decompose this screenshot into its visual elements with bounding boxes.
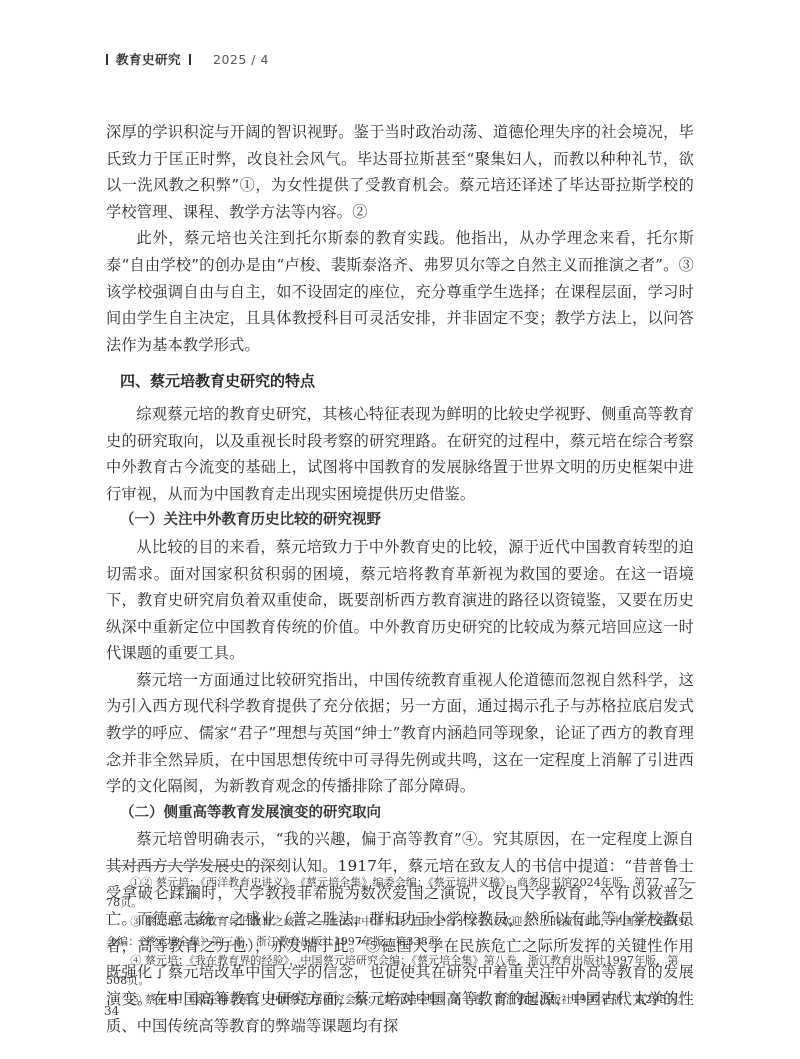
paragraph-comparison-method: 蔡元培一方面通过比较研究指出，中国传统教育重视人伦道德而忽视自然科学，这为引入西… <box>106 667 694 800</box>
paragraph-comparison-purpose: 从比较的目的来看，蔡元培致力于中外教育史的比较，源于近代中国教育转型的迫切需求。… <box>106 534 694 667</box>
subsection-heading-2: （二）侧重高等教育发展演变的研究取向 <box>106 800 694 827</box>
subsection-heading-1: （一）关注中外教育历史比较的研究视野 <box>106 507 694 534</box>
footnote-1-2: ①② 蔡元培：《西洋教育史讲义》，《蔡元培全集》编委会编：《蔡元培讲义稿》，商务… <box>106 873 696 912</box>
footnote-divider <box>106 865 281 866</box>
paragraph-continued: 深厚的学识积淀与开阔的智识视野。鉴于当时政治动荡、道德伦理失序的社会境况，毕氏致… <box>106 119 694 225</box>
footnotes: ①② 蔡元培：《西洋教育史讲义》，《蔡元培全集》编委会编：《蔡元培讲义稿》，商务… <box>106 873 696 1010</box>
footnote-4: ④ 蔡元培：《我在教育界的经验》，中国蔡元培研究会编：《蔡元培全集》第八卷，浙江… <box>106 951 696 990</box>
footnote-3: ③ 蔡元培：《新教育与旧教育之歧点——在天津中华书局“直隶全省小学会议欢迎会”上… <box>106 912 696 951</box>
page-number: 34 <box>104 1004 119 1018</box>
paragraph-overview: 综观蔡元培的教育史研究，其核心特征表现为鲜明的比较史学视野、侧重高等教育史的研究… <box>106 401 694 507</box>
section-heading: 四、蔡元培教育史研究的特点 <box>106 368 694 395</box>
journal-title: 教育史研究 <box>116 50 181 68</box>
issue-number: 2025 / 4 <box>213 52 269 67</box>
running-header: 教育史研究 2025 / 4 <box>106 50 269 68</box>
footnote-5: ⑤ 蔡元培：《致汪精卫函》，中国蔡元培研究会编：《蔡元培全集》第十卷，浙江教育出… <box>106 990 696 1010</box>
header-divider-left <box>106 54 108 65</box>
header-divider-right <box>189 54 191 65</box>
paragraph-tolstoy: 此外，蔡元培也关注到托尔斯泰的教育实践。他指出，从办学理念来看，托尔斯泰“自由学… <box>106 225 694 358</box>
